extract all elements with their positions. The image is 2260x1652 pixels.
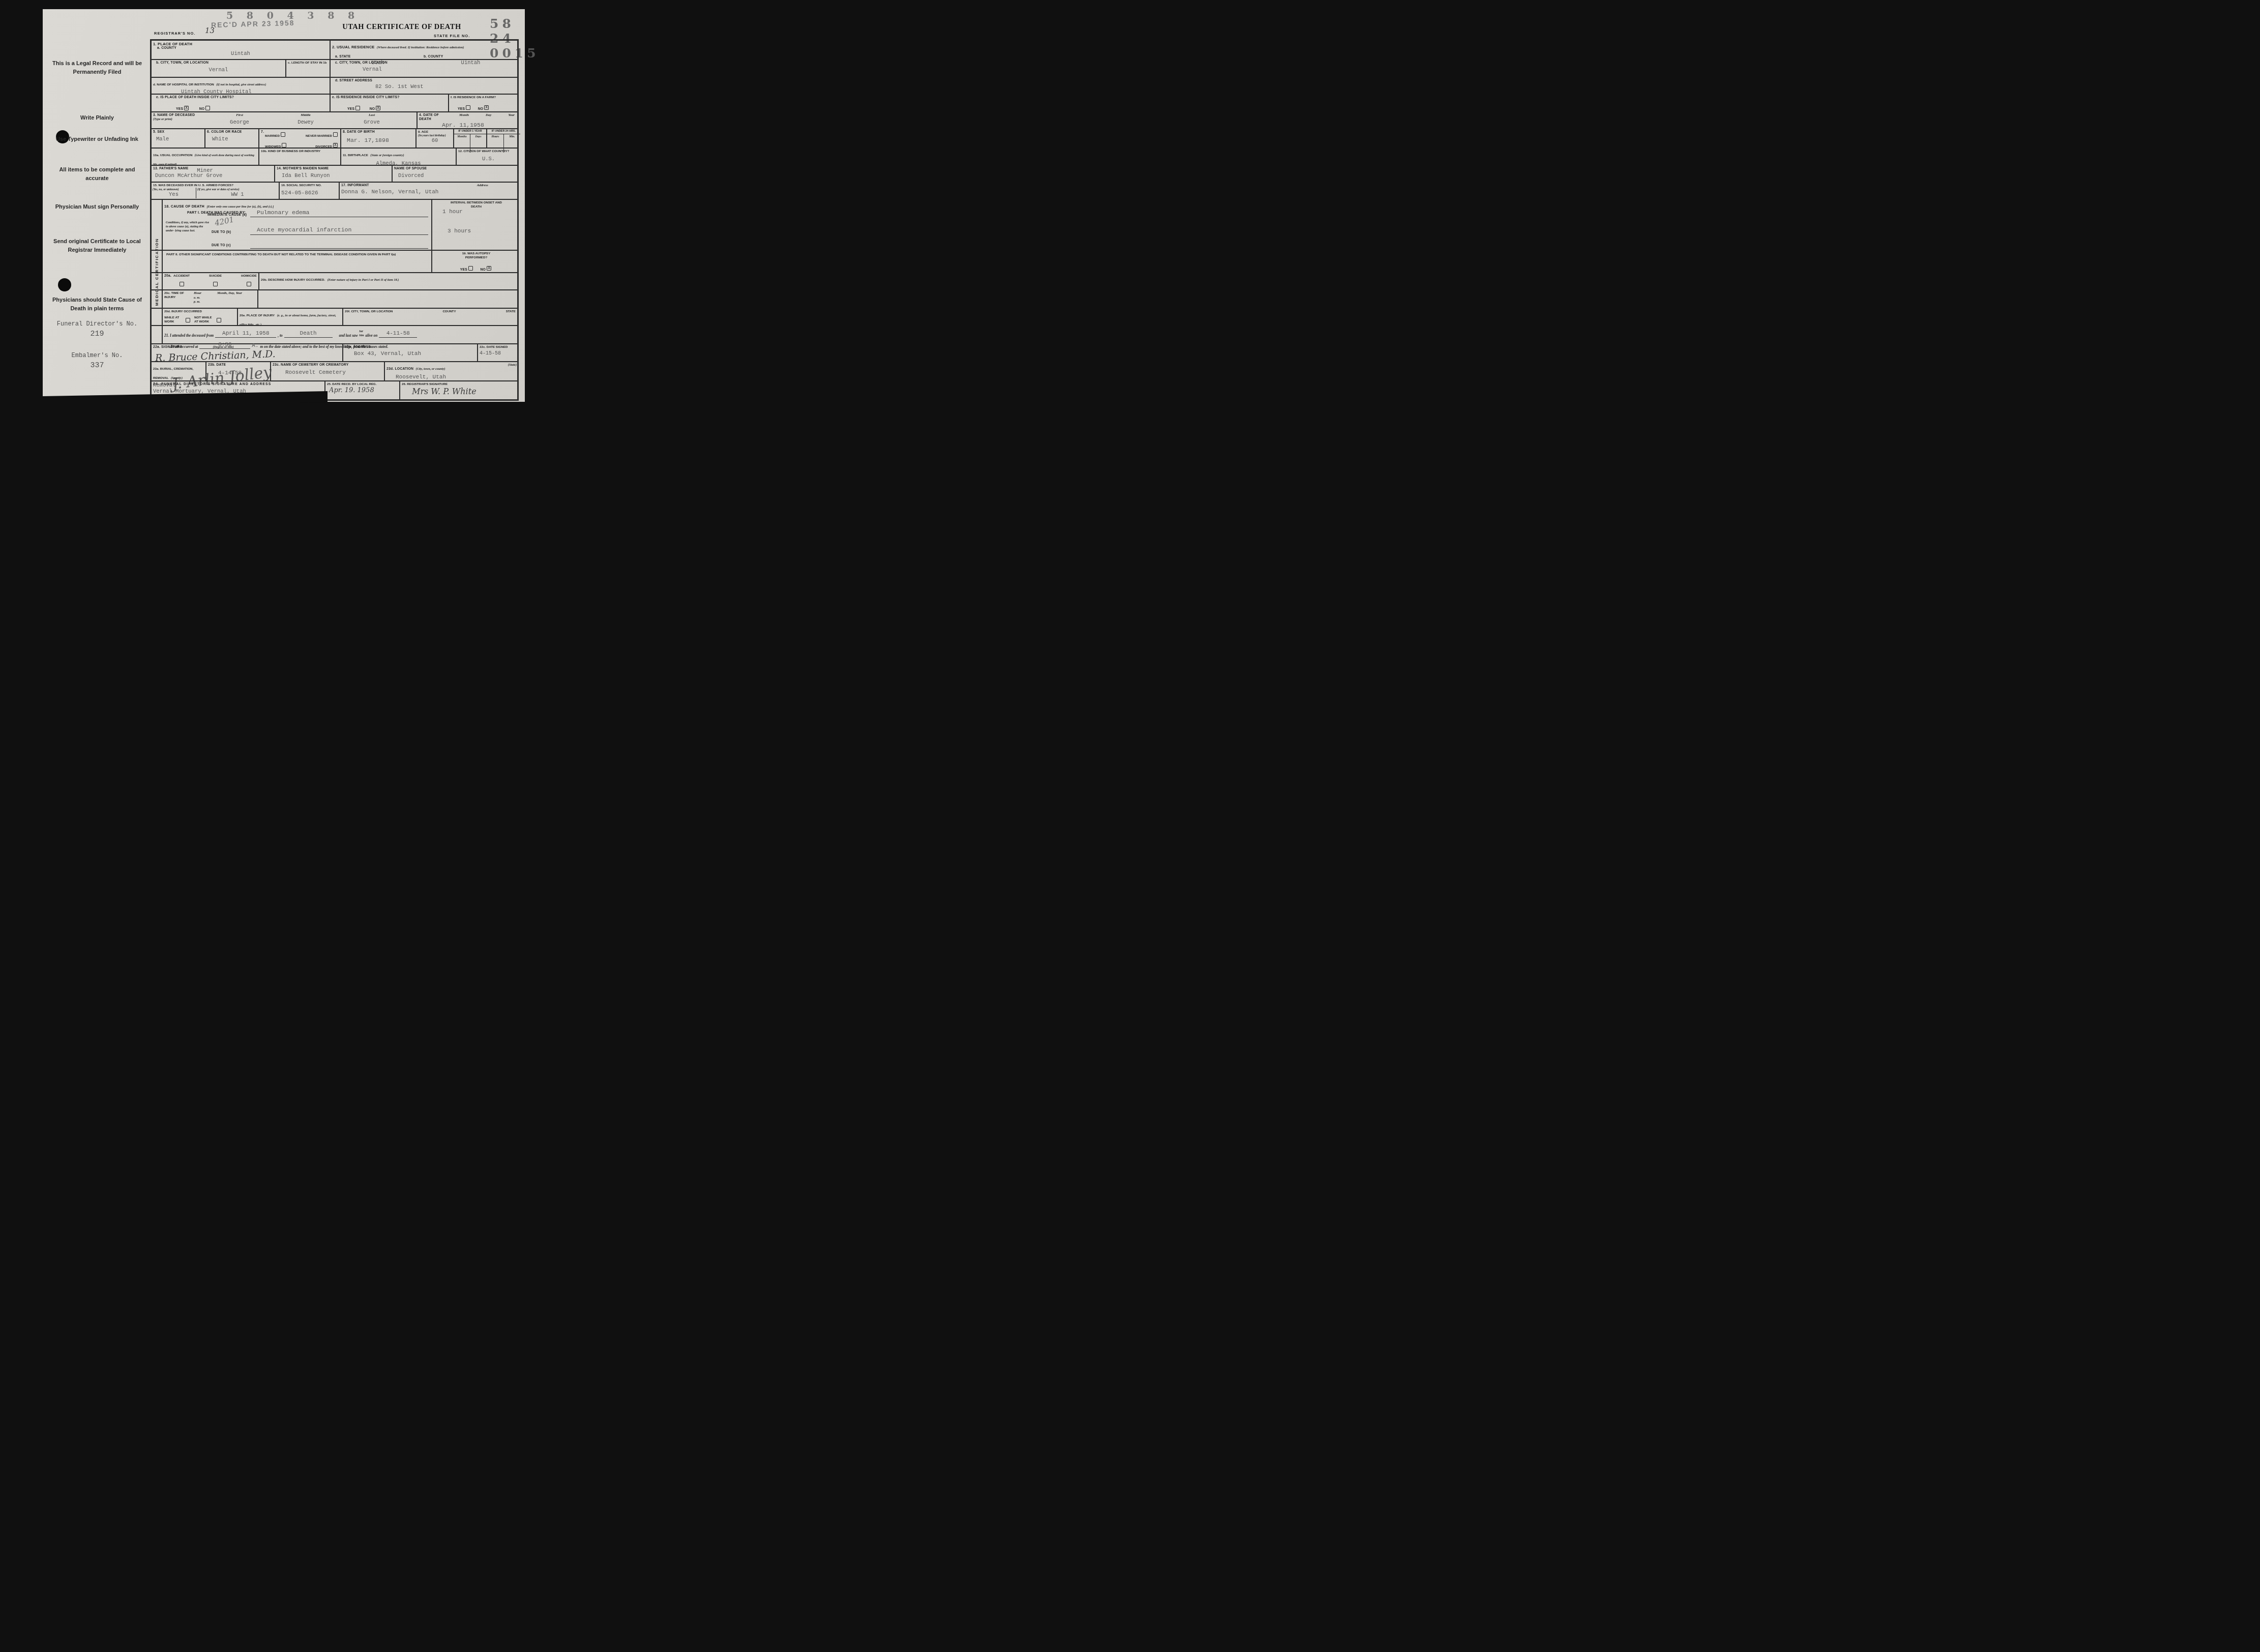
field-3-last-label: Last [339,113,405,117]
field-color-or-race: 6. COLOR OR RACE White [205,129,259,147]
field-20e-label: 20e. PLACE OF INJURY [240,314,275,317]
checkbox-not-while-at-work [217,318,221,322]
field-2c-label: c. CITY, TOWN, OR LOCATION [335,61,519,65]
checkbox-autopsy-yes [468,266,473,271]
field-11-note: (State or foreign country) [370,154,404,157]
field-3-label: 3. NAME OF DECEASED [153,113,206,117]
field-date-of-death: 4. DATE OF DEATH Month Day Year Apr. 11,… [418,112,520,128]
field-2e-inside-city-limits: e. IS RESIDENCE INSIDE CITY LIMITS? YES … [331,95,449,111]
field-injury-location: 20f. CITY, TOWN, OR LOCATION COUNTY STAT… [343,309,520,325]
field-2e-yes-label: YES [347,107,354,111]
field-20a-label: 20a. [164,274,171,287]
received-date-stamp: REC'D APR 23 1958 [211,19,295,29]
punch-hole-icon [58,278,71,291]
field-1c-length-of-stay: c. LENGTH OF STAY IN 1b [286,60,331,77]
field-20c-mdy-label: Month, Day, Year [217,291,242,304]
field-6-value: White [212,136,257,142]
field-registrar-signature: 26. REGISTRAR'S SIGNATURE Mrs W. P. Whit… [400,381,520,399]
field-15-note1: (Yes, no, or unknown) [153,188,195,192]
field-9-note: (In years last birthday) [418,134,452,138]
field-fathers-name: 13. FATHER'S NAME Duncon McArthur Grove [152,166,275,182]
section1-title: 1. PLACE OF DEATH [153,42,328,46]
field-social-security-no: 16. SOCIAL SECURITY NO. 524-05-8626 [280,183,340,199]
field-16-label: 16. SOCIAL SECURITY NO. [281,184,337,188]
field-under24-label: IF UNDER 24 HRS. [487,129,520,134]
checkbox-widowed [282,143,286,147]
note-all-items: All items to be complete and accurate [50,166,144,183]
field-3-middle-label: Middle [273,113,339,117]
field-3-first-value: George [206,120,273,126]
field-1d-label: d. NAME OF HOSPITAL OR INSTITUTION [153,83,214,86]
field-22b-label: 22b. ADDRESS [345,345,475,349]
field-1b-label: b. CITY, TOWN, OR LOCATION [156,61,284,65]
field-19-label: 19. WAS AUTOPSY PERFORMED? [454,252,499,260]
field-20b-label: 20b. DESCRIBE HOW INJURY OCCURRED. [261,278,325,282]
field-21-from-value: April 11, 1958 [222,331,269,337]
field-2d-label: d. STREET ADDRESS [335,79,519,83]
field-20c-pm-label: p. m. [194,300,214,304]
field-date-of-birth: 8. DATE OF BIRTH Mar. 17,1898 [341,129,417,147]
embalmers-no-value: 337 [50,361,144,370]
field-date-received: 25. DATE RECD. BY LOCAL REG. Apr. 19. 19… [325,381,400,399]
field-22c-label: 22c. DATE SIGNED [480,345,519,349]
field-kind-of-business: 10b. KIND OF BUSINESS OR INDUSTRY [259,149,341,165]
field-accident-suicide-homicide: 20a. ACCIDENT SUICIDE HOMICIDE [163,273,259,289]
field-7-divorced-label: DIVORCED [315,145,332,149]
field-26-label: 26. REGISTRAR'S SIGNATURE [402,382,519,387]
field-part2-conditions: PART II. OTHER SIGNIFICANT CONDITIONS CO… [163,251,432,272]
field-usual-residence: 2. USUAL RESIDENCE (Where deceased lived… [331,41,520,59]
field-place-of-injury: 20e. PLACE OF INJURY (e. g., in or about… [238,309,343,325]
field-15-label: 15. WAS DECEASED EVER IN U. S. ARMED FOR… [152,183,279,188]
field-2c-value: Vernal [363,67,519,73]
field-13-value: Duncon McArthur Grove [155,173,273,179]
field-20c-label: 20c. TIME OF INJURY [164,291,191,304]
field-6-label: 6. COLOR OR RACE [207,130,257,134]
field-23d-state-note: (State) [508,363,517,372]
field-20c-hour-label: Hour [194,291,214,295]
field-20f-county-label: COUNTY [442,310,456,314]
field-3-last-value: Grove [339,120,405,126]
field-usual-occupation: 10a. USUAL OCCUPATION (Give kind of work… [152,149,259,165]
checkbox-accident [180,282,184,286]
field-18-label: 18. CAUSE OF DEATH [164,204,204,209]
checkbox-2e-yes [355,106,360,110]
field-7-never-married-label: NEVER MARRIED [306,134,332,138]
field-14-value: Ida Bell Runyon [282,173,390,179]
field-3-middle-value: Dewey [273,120,339,126]
field-sex: 5. SEX Male [152,129,205,147]
field-4-day-label: Day [486,113,491,122]
field-marital-status: 7. MARRIED NEVER MARRIED WIDOWED DIVORCE… [259,129,341,147]
section2-title-note: (Where deceased lived. If institution: R… [377,46,464,49]
field-date-signed: 22c. DATE SIGNED 4-15-58 [478,344,520,361]
field-4-month-label: Month [459,113,469,122]
state-file-no-label: STATE FILE NO. [434,34,470,38]
field-interval-b-value: 3 hours [448,228,471,234]
field-5-value: Male [156,136,203,142]
field-20f-state-label: STATE [506,310,516,314]
checkbox-while-at-work [186,318,190,322]
field-age: 9. AGE (In years last birthday) 60 [417,129,454,147]
field-23d-note: (City, town, or county) [416,367,445,371]
field-22c-value: 4-15-58 [480,351,519,357]
field-2a-label: a. STATE [335,55,350,58]
field-18a-value: Pulmonary edema [257,210,310,216]
field-4-value: Apr. 11,1958 [442,122,519,129]
field-21-p3: and last saw [339,333,358,338]
field-20c-blank-area [258,290,520,308]
field-25-value: Apr. 19. 1958 [329,387,398,394]
checkbox-2e-no: X [376,106,380,110]
field-18-conditions-note: Conditions, if any, which gave rise to a… [166,221,210,233]
field-1b-value: Vernal [153,67,284,73]
certificate-title: UTAH CERTIFICATE OF DEATH [318,23,486,32]
field-9-value: 60 [418,138,452,144]
field-if-under-1-year: IF UNDER 1 YEAR Months Days [454,129,487,147]
funeral-directors-no-label: Funeral Director's No. [50,320,144,328]
field-not-while-label: NOT WHILE AT WORK [194,316,216,324]
field-1e-inside-city-limits: e. IS PLACE OF DEATH INSIDE CITY LIMITS?… [152,95,331,111]
rule-line [250,248,428,249]
checkbox-autopsy-no: X [487,266,491,271]
field-8-value: Mar. 17,1898 [347,137,414,144]
field-18b-value: Acute myocardial infarction [257,227,351,233]
field-12-label: 12. CITIZEN OF WHAT COUNTRY? [458,150,519,154]
medical-certification-label: MEDICAL CERTIFICATION [155,238,159,306]
field-1a-value: Uintah [153,51,328,57]
field-while-at-work-label: WHILE AT WORK [164,316,185,324]
field-3-first-label: First [206,113,273,117]
field-2b-label: b. COUNTY [424,55,443,58]
field-2f-label: f. IS RESIDENCE ON A FARM? [451,96,519,100]
field-name-of-deceased: 3. NAME OF DECEASED (Type or print) Firs… [152,112,418,128]
scanned-death-certificate: This is a Legal Record and will be Perma… [0,0,565,413]
field-1e-no-label: NO [199,107,205,111]
field-10b-label: 10b. KIND OF BUSINESS OR INDUSTRY [261,150,339,154]
field-suicide-label: SUICIDE [209,274,222,278]
field-23c-value: Roosevelt Cemetery [285,370,382,376]
field-18-note: [Enter only one cause per line for (a), … [206,205,274,209]
field-1e-label: e. IS PLACE OF DEATH INSIDE CITY LIMITS? [156,96,328,100]
field-1e-yes-label: YES [176,107,183,111]
note-physician-sign: Physician Must sign Personally [50,203,144,212]
field-5-label: 5. SEX [153,130,203,134]
field-physician-signature: 22a. SIGNATURE (Degree or title) R. Bruc… [152,344,343,361]
field-under1-label: IF UNDER 1 YEAR [454,129,486,134]
certificate-header: 5 8 0 4 3 8 8 REC'D APR 23 1958 UTAH CER… [150,9,525,39]
field-23c-label: 23c. NAME OF CEMETERY OR CREMATORY [273,363,382,367]
field-8-label: 8. DATE OF BIRTH [343,130,414,134]
field-attended-statement: 21. I attended the deceased from April 1… [163,326,520,343]
checkbox-2f-yes [466,105,470,110]
field-cemetery-name: 23c. NAME OF CEMETERY OR CREMATORY Roose… [271,362,385,380]
field-22a-note: (Degree or title) [213,345,233,349]
note-legal-record: This is a Legal Record and will be Perma… [50,60,144,76]
field-9-label: 9. AGE [418,130,452,134]
funeral-directors-no-value: 219 [50,330,144,338]
field-1a-label: a. COUNTY [157,46,328,50]
field-7-label: 7. [261,130,264,150]
field-20f-label: 20f. CITY, TOWN, OR LOCATION [345,310,393,314]
field-name-of-spouse: NAME OF SPOUSE Divorced [393,166,520,182]
field-homicide-label: HOMICIDE [241,274,257,278]
note-use-typewriter: Use Typewriter or Unfading Ink [50,135,144,144]
registrars-no-value: 13 [205,26,215,35]
field-20d-label: 20d. INJURY OCCURRED [164,310,235,314]
field-1b-city: b. CITY, TOWN, OR LOCATION Vernal [152,60,286,77]
section2-title: 2. USUAL RESIDENCE [332,45,374,49]
field-23d-label: 23d. LOCATION [386,367,413,371]
field-1c-label: c. LENGTH OF STAY IN 1b [288,61,328,65]
field-21-him: him [360,334,364,338]
certificate-form: MEDICAL CERTIFICATION 1. PLACE OF DEATH … [150,39,519,401]
field-21-p2: , to [278,333,282,338]
field-cause-of-death: 18. CAUSE OF DEATH [Enter only one cause… [163,200,432,250]
checkbox-never-married [333,132,338,137]
field-birthplace: 11. BIRTHPLACE (State or foreign country… [341,149,457,165]
field-21-alive-value: 4-11-58 [386,331,410,337]
field-17-value: Donna G. Nelson, Vernal, Utah [341,189,519,195]
medical-certification-strip: MEDICAL CERTIFICATION [152,200,163,344]
field-17-address-label: Address [477,184,488,188]
checkbox-homicide [247,282,251,286]
field-4-year-label: Year [509,113,515,122]
field-autopsy: 19. WAS AUTOPSY PERFORMED? YES NOX [432,251,520,272]
note-plain-terms: Physicians should State Cause of Death i… [50,296,144,313]
field-19-no-label: NO [481,268,486,272]
field-12-value: U.S. [458,156,519,162]
field-informant: 17. INFORMANT Address Donna G. Nelson, V… [340,183,520,199]
registrar-signature-value: Mrs W. P. White [412,387,519,396]
field-2f-residence-on-farm: f. IS RESIDENCE ON A FARM? YES NOX [449,95,520,111]
checkbox-1e-yes: X [184,106,189,110]
field-21-her: her [360,330,364,334]
field-2f-yes-label: YES [458,107,465,111]
field-23d-value: Roosevelt, Utah [396,374,519,380]
field-physician-address: 22b. ADDRESS Box 43, Vernal, Utah [343,344,478,361]
note-send-original: Send original Certificate to Local Regis… [50,238,144,254]
field-interval-a-value: 1 hour [442,209,463,215]
registrars-no-label: REGISTRAR'S NO. [154,31,195,36]
checkbox-1e-no [205,106,210,110]
field-22a-label: 22a. SIGNATURE [153,345,182,349]
field-injury-occurred: 20d. INJURY OCCURRED WHILE AT WORK NOT W… [163,309,238,325]
field-18b-label: DUE TO (b) [212,230,231,234]
field-1d-hospital: d. NAME OF HOSPITAL OR INSTITUTION (If n… [152,78,331,94]
field-interval-onset-death: INTERVAL BETWEEN ONSET AND DEATH 1 hour … [432,200,520,250]
field-21-p1: 21. I attended the deceased from [164,333,214,338]
field-15-note2: (If yes, give war or dates of service) [197,188,278,192]
field-7-widowed-label: WIDOWED [265,145,281,149]
field-describe-injury: 20b. DESCRIBE HOW INJURY OCCURRED. (Ente… [259,273,520,289]
field-25-label: 25. DATE RECD. BY LOCAL REG. [327,382,398,387]
field-21-p4: alive on [366,333,378,338]
field-accident-label: ACCIDENT [173,274,190,278]
field-1d-note: (If not in hospital, give street address… [216,83,266,86]
field-mothers-maiden-name: 14. MOTHER'S MAIDEN NAME Ida Bell Runyon [275,166,393,182]
field-20b-note: (Enter nature of injury in Part I or Par… [328,278,399,282]
field-15-value2: WW 1 [197,192,278,198]
field-place-of-death-county: 1. PLACE OF DEATH a. COUNTY Uintah [152,41,331,59]
field-19-yes-label: YES [460,268,467,272]
field-spouse-value: Divorced [398,173,519,179]
checkbox-divorced: X [333,143,338,147]
field-if-under-24-hrs: IF UNDER 24 HRS. Hours Min. [487,129,520,147]
field-2d-value: 82 So. 1st West [375,84,519,90]
field-7-married-label: MARRIED [265,134,280,138]
field-17-label: 17. INFORMANT [341,184,369,188]
field-16-value: 524-05-8626 [281,190,337,196]
field-2e-label: e. IS RESIDENCE INSIDE CITY LIMITS? [332,96,447,100]
field-2d-street-address: d. STREET ADDRESS 82 So. 1st West [331,78,520,94]
field-3-note: (Type or print) [153,117,206,122]
field-21-to-value: Death [300,331,317,337]
field-20c-am-label: a. m. [194,296,214,300]
field-15-value1: Yes [153,192,195,198]
field-13-label: 13. FATHER'S NAME [153,167,273,171]
field-cemetery-location: 23d. LOCATION (City, town, or county) (S… [385,362,520,380]
field-spouse-label: NAME OF SPOUSE [394,167,519,171]
field-18c-label: DUE TO (c) [212,244,231,248]
checkbox-married [281,132,285,137]
field-10a-label: 10a. USUAL OCCUPATION [153,154,192,157]
scan-shadow-edge [43,391,328,407]
field-11-label: 11. BIRTHPLACE [343,154,368,157]
field-14-label: 14. MOTHER'S MAIDEN NAME [277,167,390,171]
certificate-paper: This is a Legal Record and will be Perma… [43,9,525,402]
checkbox-2f-no: X [484,105,489,110]
field-4-label: 4. DATE OF DEATH [419,113,442,122]
field-armed-forces: 15. WAS DECEASED EVER IN U. S. ARMED FOR… [152,183,280,199]
rule-line [250,234,428,235]
note-write-plainly: Write Plainly [50,114,144,123]
field-2c-city: c. CITY, TOWN, OR LOCATION Vernal [331,60,520,77]
checkbox-suicide [213,282,218,286]
field-time-of-injury: 20c. TIME OF INJURY Hour a. m. p. m. Mon… [163,290,258,308]
embalmers-no-label: Embalmer's No. [50,352,144,359]
rule-line [250,217,428,217]
field-2f-no-label: NO [478,107,484,111]
field-part2-label: PART II. OTHER SIGNIFICANT CONDITIONS CO… [166,253,430,257]
field-citizen-of: 12. CITIZEN OF WHAT COUNTRY? U.S. [457,149,520,165]
field-interval-label: INTERVAL BETWEEN ONSET AND DEATH [449,201,504,209]
field-22b-value: Box 43, Vernal, Utah [354,351,475,357]
field-2e-no-label: NO [370,107,375,111]
